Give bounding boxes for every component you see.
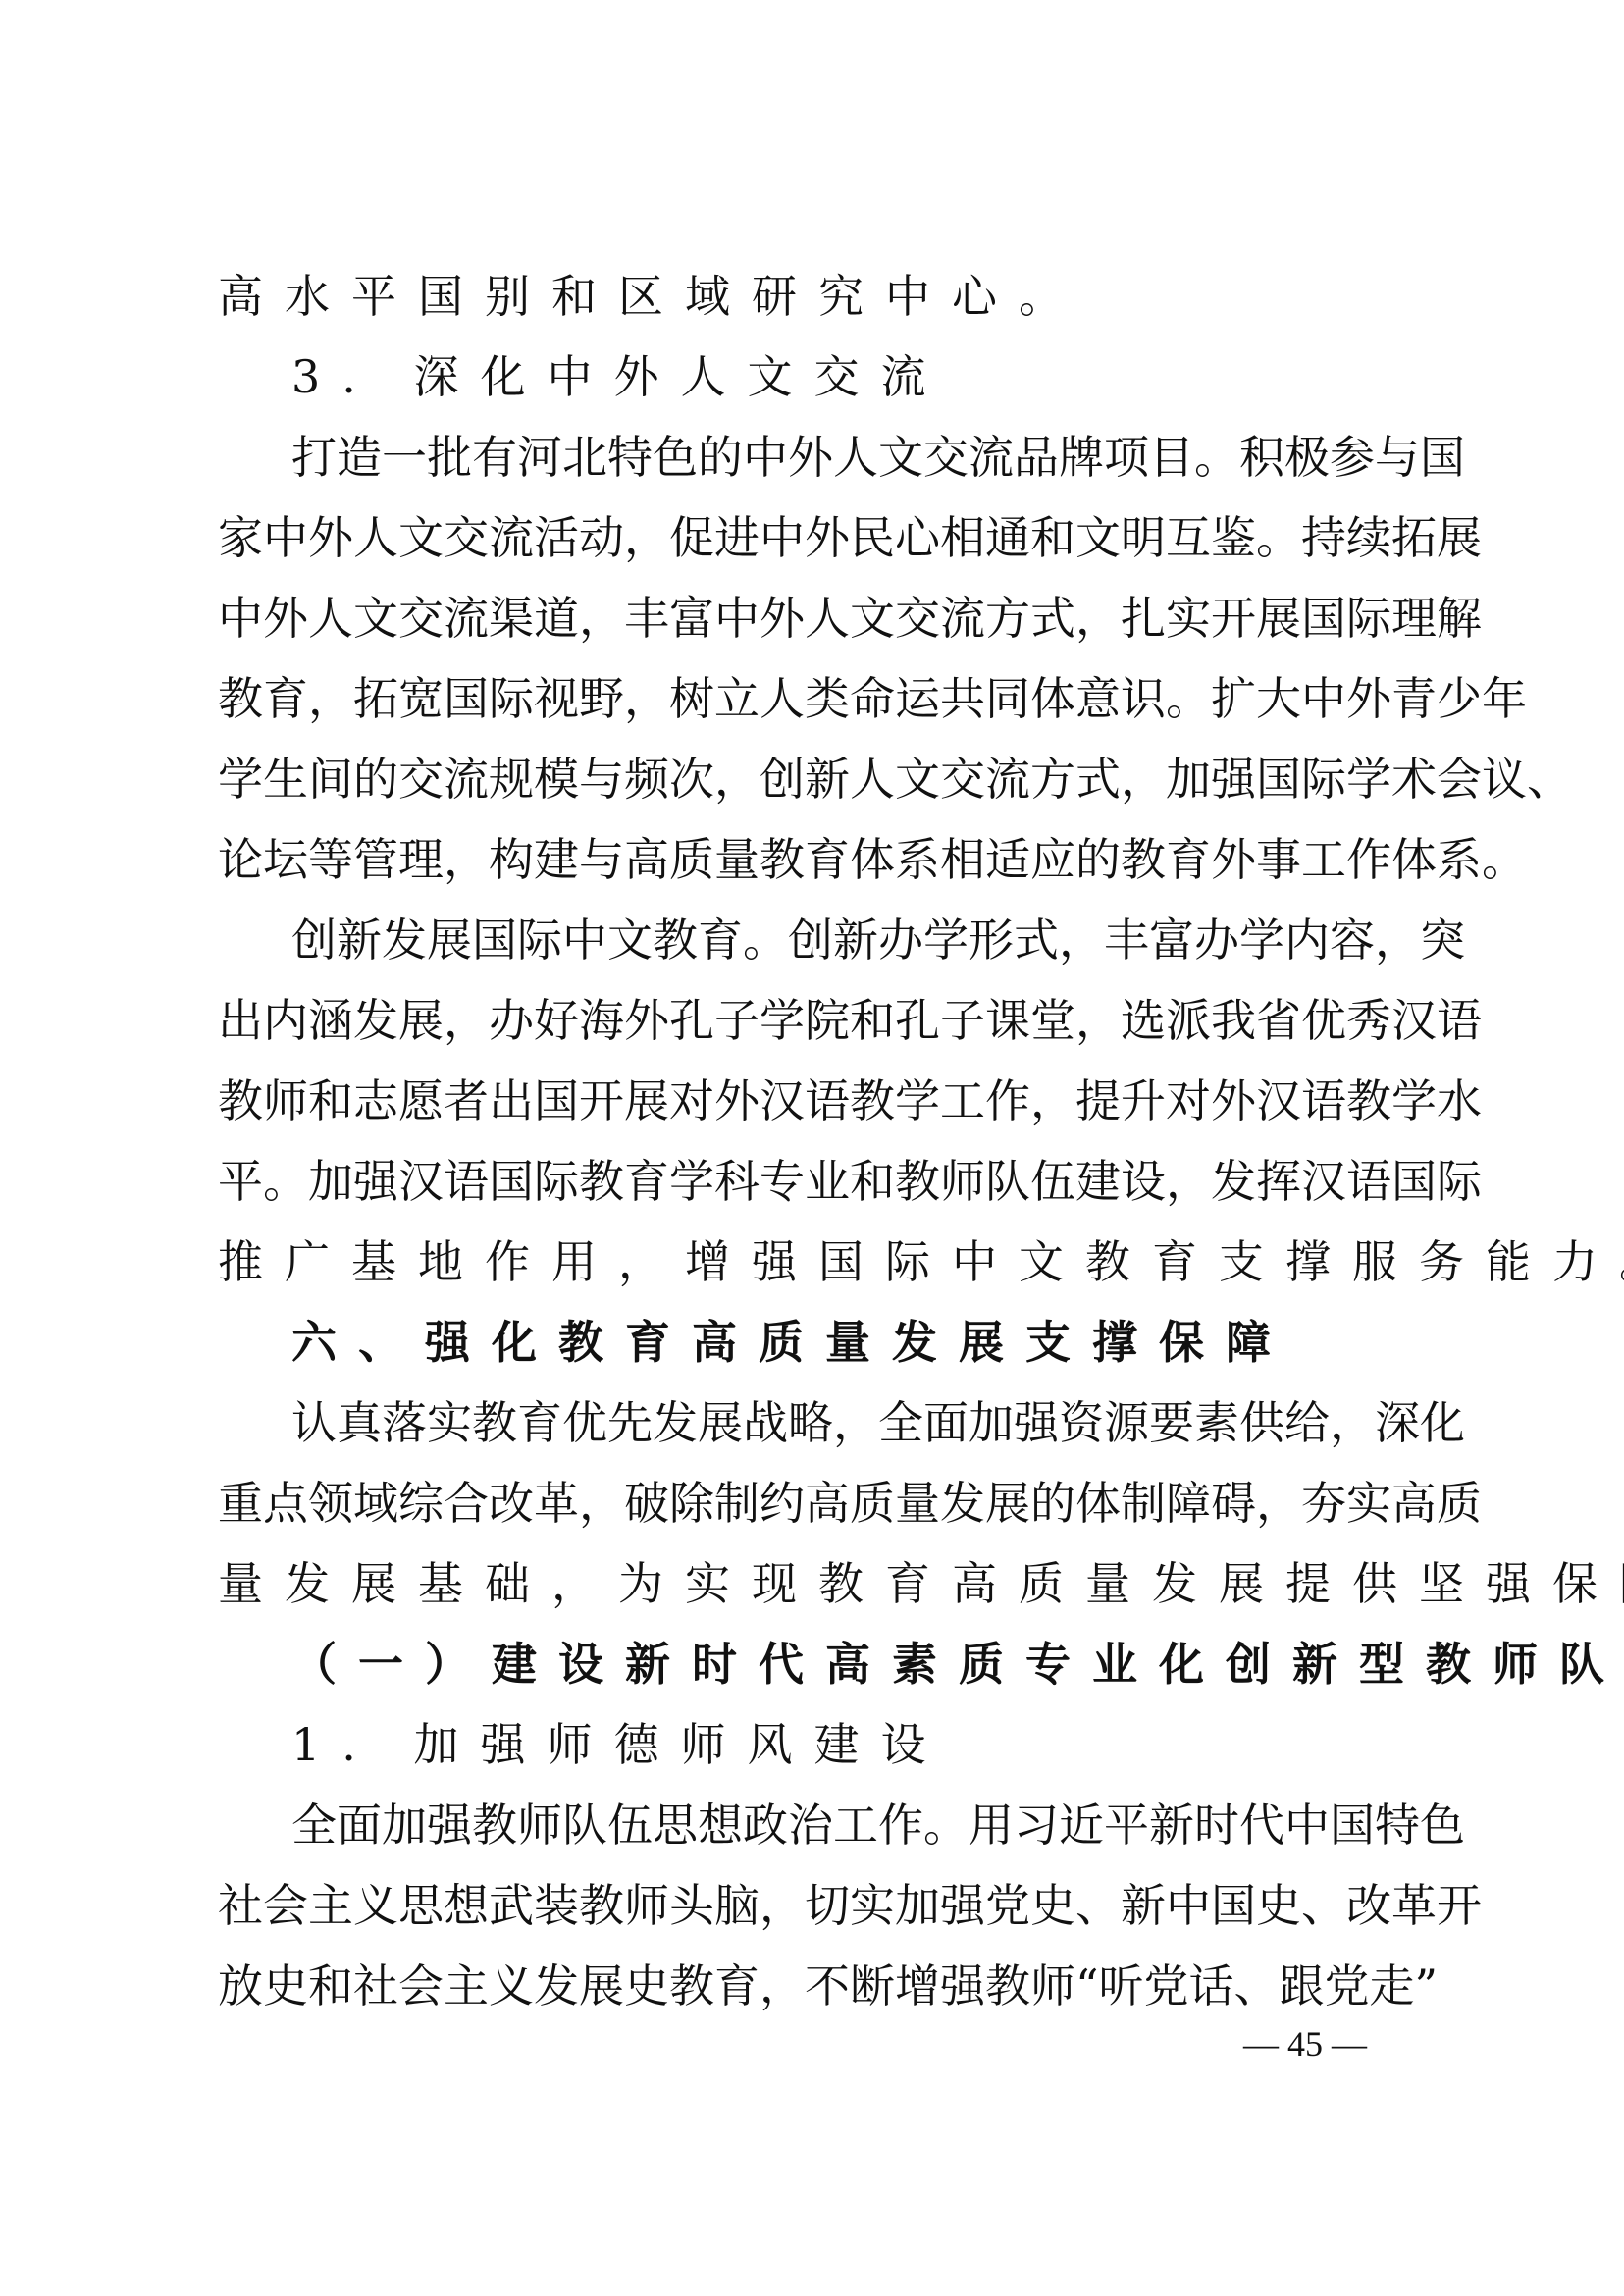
- text-line: 学生间的交流规模与频次，创新人文交流方式，加强国际学术会议、: [218, 750, 1413, 809]
- text-line: 论坛等管理，构建与高质量教育体系相适应的教育外事工作体系。: [218, 830, 1413, 889]
- text-line: 教师和志愿者出国开展对外汉语教学工作，提升对外汉语教学水: [218, 1071, 1413, 1130]
- text-line: 家中外人文交流活动，促进中外民心相通和文明互鉴。持续拓展: [218, 508, 1413, 567]
- text-line: 教育，拓宽国际视野，树立人类命运共同体意识。扩大中外青少年: [218, 669, 1413, 728]
- text-line: 量发展基础，为实现教育高质量发展提供坚强保障。: [218, 1554, 1413, 1613]
- page-number: — 45 —: [1222, 2019, 1388, 2068]
- text-line: 平。加强汉语国际教育学科专业和教师队伍建设，发挥汉语国际: [218, 1152, 1413, 1211]
- text-line: 推广基地作用，增强国际中文教育支撑服务能力。: [218, 1232, 1413, 1291]
- document-page: 高水平国别和区域研究中心。3. 深化中外人文交流打造一批有河北特色的中外人文交流…: [0, 0, 1624, 2296]
- text-line: 社会主义思想武装教师头脑，切实加强党史、新中国史、改革开: [218, 1876, 1413, 1935]
- text-line: 认真落实教育优先发展战略，全面加强资源要素供给，深化: [291, 1393, 1413, 1452]
- text-line: 重点领域综合改革，破除制约高质量发展的体制障碍，夯实高质: [218, 1474, 1413, 1533]
- text-line: 3. 深化中外人文交流: [291, 347, 1413, 406]
- section-heading: （一）建设新时代高素质专业化创新型教师队伍: [291, 1635, 1413, 1694]
- text-line: 1. 加强师德师风建设: [291, 1715, 1413, 1774]
- text-line: 全面加强教师队伍思想政治工作。用习近平新时代中国特色: [291, 1796, 1413, 1854]
- text-line: 高水平国别和区域研究中心。: [218, 267, 1413, 326]
- text-line: 出内涵发展，办好海外孔子学院和孔子课堂，选派我省优秀汉语: [218, 991, 1413, 1050]
- text-line: 放史和社会主义发展史教育，不断增强教师“听党话、跟党走”: [218, 1957, 1413, 2015]
- text-line: 创新发展国际中文教育。创新办学形式，丰富办学内容，突: [291, 911, 1413, 969]
- section-heading: 六、强化教育高质量发展支撑保障: [291, 1313, 1413, 1372]
- text-line: 中外人文交流渠道，丰富中外人文交流方式，扎实开展国际理解: [218, 589, 1413, 648]
- text-line: 打造一批有河北特色的中外人文交流品牌项目。积极参与国: [291, 428, 1413, 487]
